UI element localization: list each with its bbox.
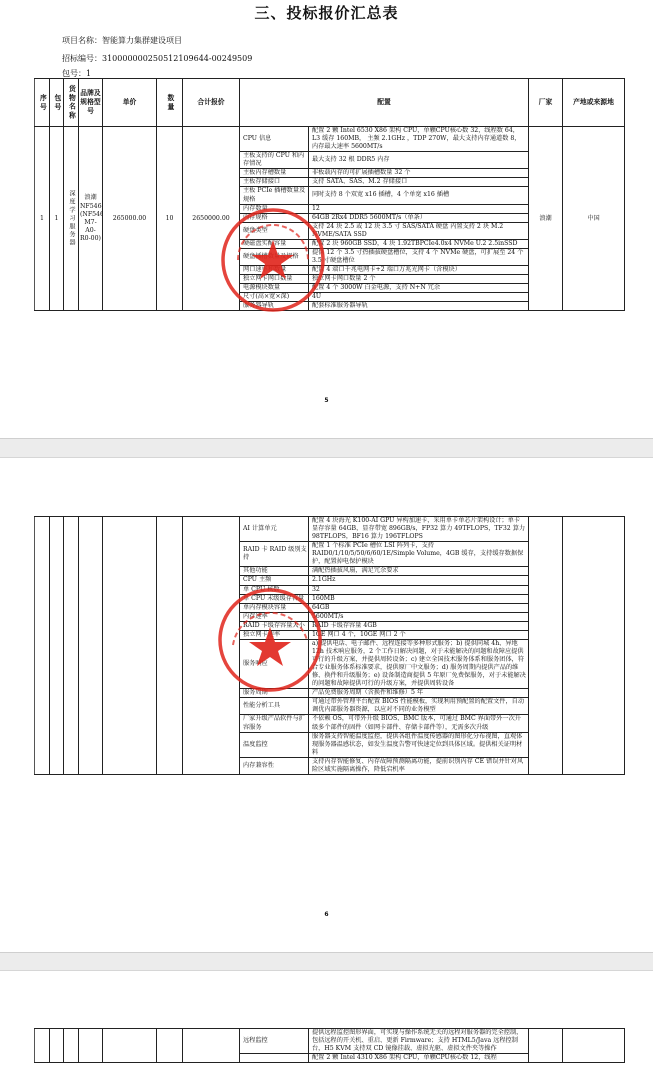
quotation-table-page-7: 远程监控提供远程监控图形界面，可实现与操作系统无关的远程对服务器的完全控制，包括… bbox=[34, 1028, 625, 1063]
config-value: 提供 12 个 3.5 寸热插拔硬盘槽位，支持 4 个 NVMe 硬盘，可扩展至… bbox=[309, 248, 529, 265]
document-page-7: 远程监控提供远程监控图形界面，可实现与操作系统无关的远程对服务器的完全控制，包括… bbox=[0, 971, 653, 1080]
cell-index bbox=[35, 1029, 50, 1063]
cell-manufacturer bbox=[529, 517, 563, 775]
cell-index: 1 bbox=[35, 127, 50, 311]
config-key: 主板存储接口 bbox=[240, 178, 309, 187]
config-key: 内存兼容性 bbox=[240, 757, 309, 774]
config-key: 其他功能 bbox=[240, 567, 309, 576]
document-page-6: AI 计算单元配置 4 块海光 K100-AI GPU 异构加速卡，采用单卡单芯… bbox=[0, 458, 653, 952]
cell-package bbox=[50, 517, 64, 775]
project-name: 项目名称：智能算力集群建设项目 bbox=[62, 35, 182, 46]
config-value: 5600MT/s bbox=[309, 612, 529, 621]
header-total-price: 合计报价 bbox=[183, 79, 240, 127]
config-value: 独立网卡网口数量 2 个 bbox=[309, 275, 529, 284]
config-value: 2.1GHz bbox=[309, 576, 529, 585]
config-key: 电源模块数量 bbox=[240, 284, 309, 293]
config-key: CPU 主频 bbox=[240, 576, 309, 585]
config-key: RAID 卡 RAID 级别支持 bbox=[240, 542, 309, 567]
cell-brand-model bbox=[79, 1029, 103, 1063]
config-value: 最大支持 32 根 DDR5 内存 bbox=[309, 152, 529, 169]
config-key: 内存速率 bbox=[240, 612, 309, 621]
config-value: 配置 4 端口千兆电网卡+2 端口万兆光网卡（含模块） bbox=[309, 266, 529, 275]
config-key: 内存数量 bbox=[240, 204, 309, 213]
header-package: 包号 bbox=[50, 79, 64, 127]
tender-number: 招标编号：31000000025051210964​4-00249509 bbox=[62, 53, 252, 64]
config-value: 满配热插拔风扇，满足冗余要求 bbox=[309, 567, 529, 576]
cell-package bbox=[50, 1029, 64, 1063]
config-key: 硬盘插槽数量及规格 bbox=[240, 248, 309, 265]
table-row: AI 计算单元配置 4 块海光 K100-AI GPU 异构加速卡，采用单卡单芯… bbox=[35, 517, 625, 542]
config-value: RAID 卡缓存容量 4GB bbox=[309, 621, 529, 630]
config-value: 产品免费服务周期（含换件和维修）5 年 bbox=[309, 689, 529, 698]
table-row: 远程监控提供远程监控图形界面，可实现与操作系统无关的远程对服务器的完全控制，包括… bbox=[35, 1029, 625, 1054]
config-key: 单 CPU 核数 bbox=[240, 585, 309, 594]
quotation-table-page-5: 序号 包号 货物名称 品牌及规格型号 单价 数量 合计报价 配置 厂家 产地或来… bbox=[34, 78, 625, 311]
config-key: 主板内存槽数量 bbox=[240, 169, 309, 178]
config-key: CPU 信息 bbox=[240, 127, 309, 152]
config-key: AI 计算单元 bbox=[240, 517, 309, 542]
config-value: 配套标准服务器导轨 bbox=[309, 302, 529, 311]
config-key: 主板支持的 CPU 和内存情况 bbox=[240, 152, 309, 169]
config-value: 配置 4 个 3000W 白金电源，支持 N+N 冗余 bbox=[309, 284, 529, 293]
config-key: 单内存模块容量 bbox=[240, 603, 309, 612]
config-key: 独立网卡速率 bbox=[240, 630, 309, 639]
quotation-table-page-6: AI 计算单元配置 4 块海光 K100-AI GPU 异构加速卡，采用单卡单芯… bbox=[34, 516, 625, 775]
config-key: 厂家升级产品软件与扩容服务 bbox=[240, 715, 309, 732]
cell-index bbox=[35, 517, 50, 775]
cell-goods-name: 深度学习服务器 bbox=[64, 127, 79, 311]
cell-quantity bbox=[157, 517, 183, 775]
config-value: 配置 1 个标准 PCIe 槽位 LSI 阵列卡，支持 RAID0/1/10/5… bbox=[309, 542, 529, 567]
header-index: 序号 bbox=[35, 79, 50, 127]
cell-quantity bbox=[157, 1029, 183, 1063]
config-value: 支持内存智能修复、内存故障预测隔离功能，提前识别内存 CE 错误并针对风险区域实… bbox=[309, 757, 529, 774]
cell-brand-model bbox=[79, 517, 103, 775]
cell-brand-model: 浪潮NF5468G7 (NF5468-M7-A0-R0-00) bbox=[79, 127, 103, 311]
header-quantity: 数量 bbox=[157, 79, 183, 127]
page-separator bbox=[0, 438, 653, 458]
config-key: 服务响应 bbox=[240, 639, 309, 688]
config-value: 32 bbox=[309, 585, 529, 594]
config-value: 配置 2 颗 Intel 4310 X86 架构 CPU，单颗CPU核心数 12… bbox=[309, 1054, 529, 1063]
config-value: 非板载内存的可扩展插槽数量 32 个 bbox=[309, 169, 529, 178]
page-number: 5 bbox=[0, 397, 653, 404]
table-row: 11深度学习服务器浪潮NF5468G7 (NF5468-M7-A0-R0-00)… bbox=[35, 127, 625, 152]
config-value: 同时支持 8 个双宽 x16 插槽，4 个单宽 x16 插槽 bbox=[309, 187, 529, 204]
cell-goods-name bbox=[64, 1029, 79, 1063]
config-value: 服务器支持智能温度监控，提供各组件温度传感器的图形化分布视图，直观体现服务器温感… bbox=[309, 732, 529, 757]
config-key: 远程监控 bbox=[240, 1029, 309, 1054]
document-page-5: 三、投标报价汇总表 项目名称：智能算力集群建设项目 招标编号：310000000… bbox=[0, 0, 653, 438]
cell-quantity: 10 bbox=[157, 127, 183, 311]
config-value: 支持 SATA、SAS、M.2 存储接口 bbox=[309, 178, 529, 187]
config-key: 尺寸(高×宽×深) bbox=[240, 293, 309, 302]
page-number: 6 bbox=[0, 911, 653, 918]
config-key: 内存规格 bbox=[240, 213, 309, 222]
cell-total-price bbox=[183, 1029, 240, 1063]
config-key: 服务器导轨 bbox=[240, 302, 309, 311]
config-key: RAID 卡缓存容量大小 bbox=[240, 621, 309, 630]
config-key: 单 CPU 末级缓存容量 bbox=[240, 594, 309, 603]
config-value: 提供远程监控图形界面，可实现与操作系统无关的远程对服务器的完全控制，包括远程的开… bbox=[309, 1029, 529, 1054]
cell-origin: 中国 bbox=[563, 127, 625, 311]
page-separator bbox=[0, 952, 653, 971]
config-value: a) 提供电话、电子邮件、远程连接等多种形式服务；b) 提供同城 4h、异地 1… bbox=[309, 639, 529, 688]
header-config: 配置 bbox=[240, 79, 529, 127]
cell-goods-name bbox=[64, 517, 79, 775]
config-value: 12 bbox=[309, 204, 529, 213]
config-key: 服务周期 bbox=[240, 689, 309, 698]
config-value: 160MB bbox=[309, 594, 529, 603]
config-value: 支持 24 块 2.5 或 12 块 3.5 寸 SAS/SATA 硬盘 内置支… bbox=[309, 222, 529, 239]
cell-unit-price bbox=[103, 517, 157, 775]
config-value: 配置 4 块海光 K100-AI GPU 异构加速卡，采用单卡单芯片架构设计；单… bbox=[309, 517, 529, 542]
config-value: 配置 2 颗 Intel 6530 X86 架构 CPU，单颗CPU核心数 32… bbox=[309, 127, 529, 152]
header-goods-name: 货物名称 bbox=[64, 79, 79, 127]
config-value: 可通过带外管理平台配置 BIOS 性能模板，实现利用预配置的配置文件，自动调优内… bbox=[309, 698, 529, 715]
config-value: 不依赖 OS，可带外升级 BIOS、BMC 版本，可通过 BMC 界面带外一次升… bbox=[309, 715, 529, 732]
cell-unit-price bbox=[103, 1029, 157, 1063]
cell-unit-price: 265000.00 bbox=[103, 127, 157, 311]
config-key: 温度监控 bbox=[240, 732, 309, 757]
header-manufacturer: 厂家 bbox=[529, 79, 563, 127]
config-value: 1GE 网口 4 个，10GE 网口 2 个 bbox=[309, 630, 529, 639]
config-value: 64GB 2Rx4 DDR5 5600MT/s（单条） bbox=[309, 213, 529, 222]
cell-origin bbox=[563, 1029, 625, 1063]
cell-manufacturer: 浪潮 bbox=[529, 127, 563, 311]
document-title: 三、投标报价汇总表 bbox=[0, 2, 653, 23]
cell-total-price: 2650000.00 bbox=[183, 127, 240, 311]
config-key: 硬盘类型 bbox=[240, 222, 309, 239]
cell-total-price bbox=[183, 517, 240, 775]
config-value: 4U bbox=[309, 293, 529, 302]
header-unit-price: 单价 bbox=[103, 79, 157, 127]
header-brand-model: 品牌及规格型号 bbox=[79, 79, 103, 127]
config-key: 独立网卡网口数量 bbox=[240, 275, 309, 284]
header-origin: 产地或来源地 bbox=[563, 79, 625, 127]
config-key: 主板 PCIe 插槽数量及规格 bbox=[240, 187, 309, 204]
config-value: 64GB bbox=[309, 603, 529, 612]
cell-manufacturer bbox=[529, 1029, 563, 1063]
config-value: 配置 2 块 960GB SSD，4 块 1.92TBPCIe4.0x4 NVM… bbox=[309, 239, 529, 248]
config-key: 网口速率和数量 bbox=[240, 266, 309, 275]
cell-origin bbox=[563, 517, 625, 775]
cell-package: 1 bbox=[50, 127, 64, 311]
config-key: 性能分析工具 bbox=[240, 698, 309, 715]
table-header-row: 序号 包号 货物名称 品牌及规格型号 单价 数量 合计报价 配置 厂家 产地或来… bbox=[35, 79, 625, 127]
config-key: 硬磁盘实配容量 bbox=[240, 239, 309, 248]
config-key bbox=[240, 1054, 309, 1063]
